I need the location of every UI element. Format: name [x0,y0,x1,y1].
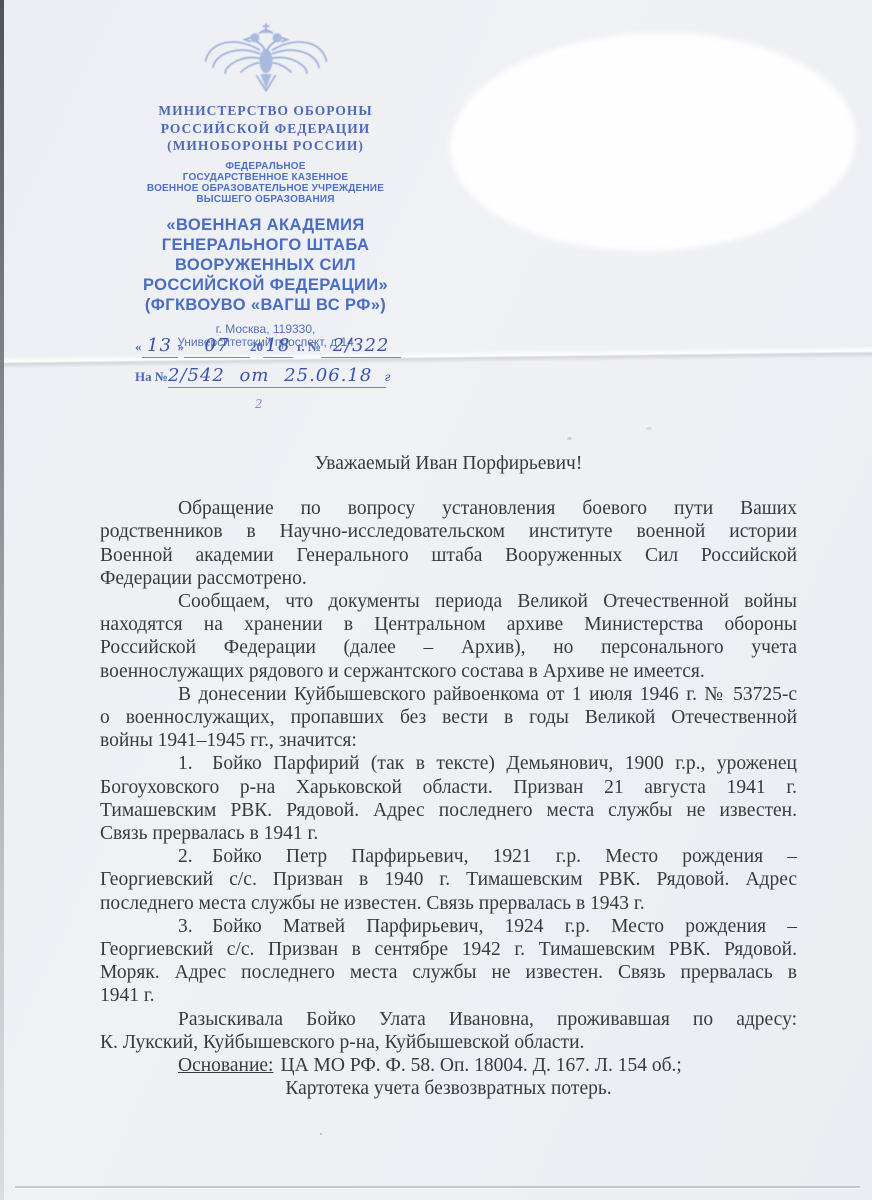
academy-line: РОССИЙСКОЙ ФЕДЕРАЦИИ» [118,275,413,295]
ink-speck [320,1133,322,1135]
letter-body: Уважаемый Иван Порфирьевич! Обращение по… [100,452,797,1100]
paragraph: 1. Бойко Парфирий (так в тексте) Демьяно… [100,752,797,845]
institution-line: ФЕДЕРАЛЬНОЕ [118,161,413,172]
paragraph-line: Георгиевский с/с. Призван в 1940 г. Тима… [100,868,797,891]
ink-speck [646,427,652,430]
paragraph-line: о военнослужащих, пропавших без вести в … [100,706,797,729]
paragraph-line: Моряк. Адрес последнего места службы не … [100,961,797,984]
paragraph-line: Федерации рассмотрено. [100,567,797,590]
paragraph-line: Богоуховского р-на Харьковской области. … [100,776,797,799]
paragraph-line: В донесении Куйбышевского райвоенкома от… [100,683,797,706]
paragraph-line: 3. Бойко Матвей Парфирьевич, 1924 г.р. М… [100,915,797,938]
paragraph: Разыскивала Бойко Улата Ивановна, прожив… [100,1008,797,1054]
paragraph-line: родственников в Научно-исследовательском… [100,520,797,543]
handwritten-doc-number: 2/322 [333,335,390,356]
date-number-line: «13»072018 г. №2/322 [135,336,455,366]
paragraph-line: военнослужащих рядового и сержантского с… [100,660,797,683]
paragraph-line: К. Лукский, Куйбышевского р-на, Куйбышев… [100,1031,797,1054]
paragraph-line: Военной академии Генерального штаба Воор… [100,544,797,567]
paragraph-line: войны 1941–1945 гг., значится: [100,729,797,752]
paragraph-line: Георгиевский с/с. Призван в сентябре 194… [100,938,797,961]
salutation: Уважаемый Иван Порфирьевич! [100,452,797,475]
paragraph-line: Сообщаем, что документы периода Великой … [100,590,797,613]
scan-edge-shadow [0,0,4,1200]
paragraph-line: последнего места службы не известен. Свя… [100,892,797,915]
institution-line: ГОСУДАРСТВЕННОЕ КАЗЕННОЕ [118,172,413,183]
paragraph: 3. Бойко Матвей Парфирьевич, 1924 г.р. М… [100,915,797,1008]
paragraph: Сообщаем, что документы периода Великой … [100,590,797,683]
basis-second-line: Картотека учета безвозвратных потерь. [100,1077,797,1100]
academy-line: ГЕНЕРАЛЬНОГО ШТАБА [118,235,413,255]
paragraph-line: Обращение по вопросу установления боевог… [100,497,797,520]
academy-line: «ВОЕННАЯ АКАДЕМИЯ [118,215,413,235]
paragraph-line: 1. Бойко Парфирий (так в тексте) Демьяно… [100,752,797,775]
paragraph: Обращение по вопросу установления боевог… [100,497,797,590]
academy-line: ВООРУЖЕННЫХ СИЛ [118,255,413,275]
handwritten-page-mark: 2 [255,397,455,411]
address-line: г. Москва, 119330, [118,323,413,337]
ink-speck [567,437,572,440]
reference-block: «13»072018 г. №2/322 На №2/542 от 25.06.… [135,336,455,411]
basis-text: ЦА МО РФ. Ф. 58. Оп. 18004. Д. 167. Л. 1… [280,1055,681,1076]
handwritten-reply-number: 2/542 от 25.06.18 [168,365,372,386]
ministry-line: РОССИЙСКОЙ ФЕДЕРАЦИИ [118,122,413,136]
handwritten-g-suffix: г [384,370,390,384]
handwritten-month: 07 [205,335,230,356]
institution-line: ВЫСШЕГО ОБРАЗОВАНИЯ [118,194,413,205]
paragraph-line: находятся на хранении в Центральном архи… [100,613,797,636]
handwritten-year: 18 [266,335,291,356]
basis-label: Основание: [178,1055,273,1076]
letterhead: МИНИСТЕРСТВО ОБОРОНЫ РОССИЙСКОЙ ФЕДЕРАЦИ… [118,22,413,350]
double-headed-eagle-icon [200,22,332,100]
printed-na-no: На № [135,369,168,384]
paragraph-line: Тимашевским РВК. Рядовой. Адрес последне… [100,799,797,822]
paragraph-line: Российской Федерации (далее – Архив), но… [100,636,797,659]
paragraph-line: Связь прервалась в 1941 г. [100,822,797,845]
paper-bottom-edge-highlight [15,1188,860,1189]
printed-century: 20 [250,339,263,354]
paragraph-line: 2. Бойко Петр Парфирьевич, 1921 г.р. Мес… [100,845,797,868]
basis-section: Основание:ЦА МО РФ. Ф. 58. Оп. 18004. Д.… [100,1054,797,1100]
reply-reference-line: На №2/542 от 25.06.18 г [135,366,455,396]
redacted-oval [446,26,859,258]
handwritten-day: 13 [147,335,172,356]
printed-g-no: г. № [297,339,321,354]
paragraph-line: Разыскивала Бойко Улата Ивановна, прожив… [100,1008,797,1031]
paragraph-line: 1941 г. [100,984,797,1007]
basis-line: Основание:ЦА МО РФ. Ф. 58. Оп. 18004. Д.… [100,1054,797,1077]
academy-line: (ФГКВОУВО «ВАГШ ВС РФ») [118,295,413,315]
ministry-line: (МИНОБОРОНЫ РОССИИ) [118,139,413,153]
institution-line: ВОЕННОЕ ОБРАЗОВАТЕЛЬНОЕ УЧРЕЖДЕНИЕ [118,183,413,194]
paragraph: 2. Бойко Петр Парфирьевич, 1921 г.р. Мес… [100,845,797,915]
ministry-line: МИНИСТЕРСТВО ОБОРОНЫ [118,104,413,118]
body-paragraphs: Обращение по вопросу установления боевог… [100,497,797,1054]
paragraph: В донесении Куйбышевского райвоенкома от… [100,683,797,753]
